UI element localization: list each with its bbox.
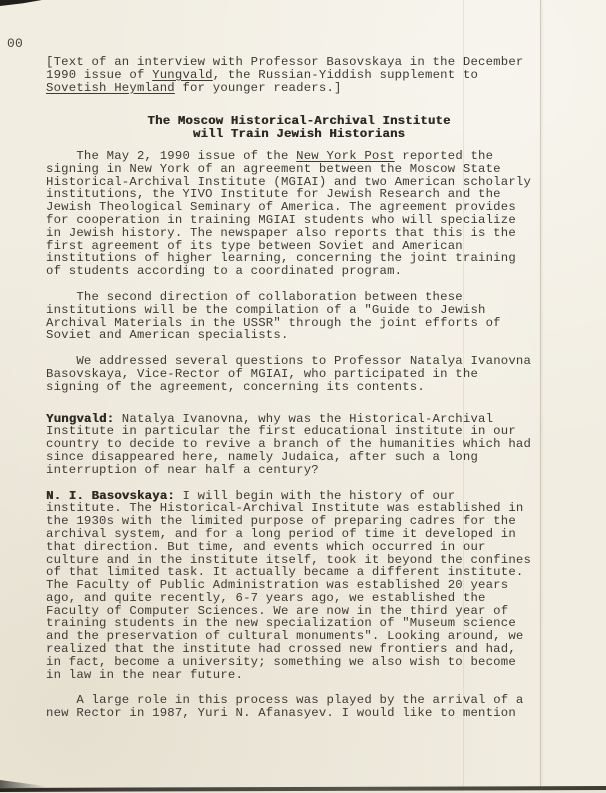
text-run: A large role in this process was played … (46, 693, 524, 720)
underlined-text: Sovetish Heymland (46, 81, 175, 95)
answer-basovskaya: N. I. Basovskaya: I will begin with the … (46, 490, 552, 682)
text-run: Natalya Ivanovna, why was the Historical… (46, 412, 531, 477)
scan-edge-artifact-top-left (0, 0, 42, 6)
closing-paragraph: A large role in this process was played … (46, 694, 552, 720)
page-number-mark: 00 (7, 38, 23, 51)
text-run: I will begin with the history of our ins… (46, 489, 531, 682)
question-yungvald: Yungvald: Natalya Ivanovna, why was the … (46, 413, 552, 477)
intro-note: [Text of an interview with Professor Bas… (46, 56, 552, 94)
questions-paragraph: We addressed several questions to Profes… (46, 355, 552, 393)
document-body: [Text of an interview with Professor Bas… (46, 56, 552, 733)
scan-edge-shadow-bottom-left (0, 780, 46, 789)
text-run: reported the signing in New York of an a… (46, 149, 531, 278)
lead-paragraph: The May 2, 1990 issue of the New York Po… (46, 150, 552, 278)
bold-text: The Moscow Historical-Archival Institute… (147, 114, 450, 141)
document-title: The Moscow Historical-Archival Institute… (46, 115, 552, 141)
text-run: for younger readers.] (175, 81, 342, 95)
guide-paragraph: The second direction of collaboration be… (46, 291, 552, 342)
text-run: The second direction of collaboration be… (46, 290, 501, 342)
scanned-page: 00 [Text of an interview with Professor … (0, 0, 606, 793)
text-run: We addressed several questions to Profes… (46, 354, 531, 394)
